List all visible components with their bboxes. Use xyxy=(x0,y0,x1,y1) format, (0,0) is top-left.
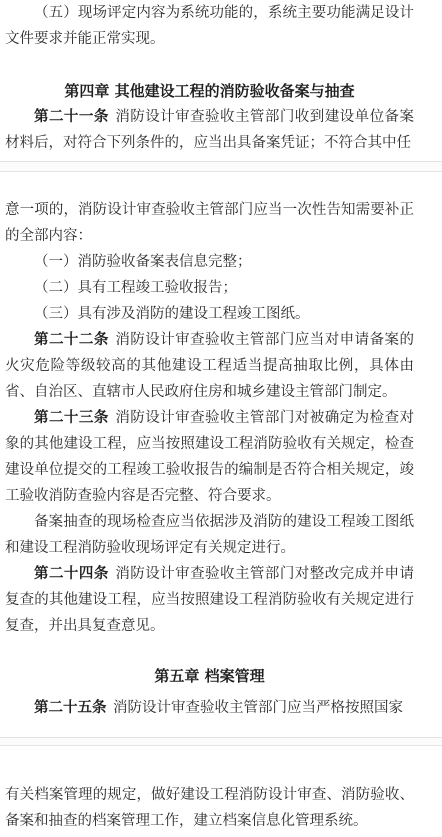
article-22-paragraph: 第二十二条消防设计审查验收主管部门应当对申请备案的火灾危险等级较高的其他建设工程… xyxy=(5,327,414,405)
article-21-continuation-text: 意一项的，消防设计审查验收主管部门应当一次性告知需要补正的全部内容： xyxy=(5,202,414,244)
article-25-number: 第二十五条 xyxy=(34,699,107,716)
article-25-continuation-text: 有关档案管理的规定，做好建设工程消防设计审查、消防验收、备案和抽查的档案管理工作… xyxy=(5,787,414,829)
article-21-number: 第二十一条 xyxy=(34,108,109,125)
article-22-number: 第二十二条 xyxy=(34,331,109,348)
list-item-3: （三）具有涉及消防的建设工程竣工图纸。 xyxy=(5,301,414,327)
paragraph-item-5-text: （五）现场评定内容为系统功能的，系统主要功能满足设计文件要求并能正常实现。 xyxy=(5,5,414,47)
article-25-continuation: 有关档案管理的规定，做好建设工程消防设计审查、消防验收、备案和抽查的档案管理工作… xyxy=(5,782,414,834)
article-23-number: 第二十三条 xyxy=(34,409,109,426)
article-21-paragraph: 第二十一条消防设计审查验收主管部门收到建设单位备案材料后，对符合下列条件的，应当… xyxy=(5,104,414,156)
page-separator xyxy=(0,737,442,746)
article-23-paragraph-2: 备案抽查的现场检查应当依据涉及消防的建设工程竣工图纸和建设工程消防验收现场评定有… xyxy=(5,509,414,561)
article-23-paragraph: 第二十三条消防设计审查验收主管部门对被确定为检查对象的其他建设工程，应当按照建设… xyxy=(5,405,414,509)
list-item-1: （一）消防验收备案表信息完整； xyxy=(5,249,414,275)
list-item-2-text: （二）具有工程竣工验收报告； xyxy=(34,280,237,296)
page-1: （五）现场评定内容为系统功能的，系统主要功能满足设计文件要求并能正常实现。 第四… xyxy=(0,0,442,161)
document-viewer: （五）现场评定内容为系统功能的，系统主要功能满足设计文件要求并能正常实现。 第四… xyxy=(0,0,442,837)
article-24-paragraph: 第二十四条消防设计审查验收主管部门对整改完成并申请复查的其他建设工程，应当按照建… xyxy=(5,561,414,639)
article-24-number: 第二十四条 xyxy=(34,565,109,582)
list-item-1-text: （一）消防验收备案表信息完整； xyxy=(34,254,252,270)
article-23-paragraph-2-text: 备案抽查的现场检查应当依据涉及消防的建设工程竣工图纸和建设工程消防验收现场评定有… xyxy=(5,514,414,556)
article-25-paragraph: 第二十五条消防设计审查验收主管部门应当严格按照国家 xyxy=(5,695,414,721)
article-25-text: 消防设计审查验收主管部门应当严格按照国家 xyxy=(113,700,403,716)
article-21-continuation: 意一项的，消防设计审查验收主管部门应当一次性告知需要补正的全部内容： xyxy=(5,197,414,249)
page-2: 意一项的，消防设计审查验收主管部门应当一次性告知需要补正的全部内容： （一）消防… xyxy=(0,172,442,737)
page-3: 有关档案管理的规定，做好建设工程消防设计审查、消防验收、备案和抽查的档案管理工作… xyxy=(0,746,442,837)
chapter-4-heading: 第四章 其他建设工程的消防验收备案与抽查 xyxy=(5,78,414,104)
chapter-5-heading: 第五章 档案管理 xyxy=(5,663,414,689)
list-item-2: （二）具有工程竣工验收报告； xyxy=(5,275,414,301)
list-item-3-text: （三）具有涉及消防的建设工程竣工图纸。 xyxy=(34,306,310,322)
page-separator xyxy=(0,161,442,172)
paragraph-item-5: （五）现场评定内容为系统功能的，系统主要功能满足设计文件要求并能正常实现。 xyxy=(5,0,414,52)
